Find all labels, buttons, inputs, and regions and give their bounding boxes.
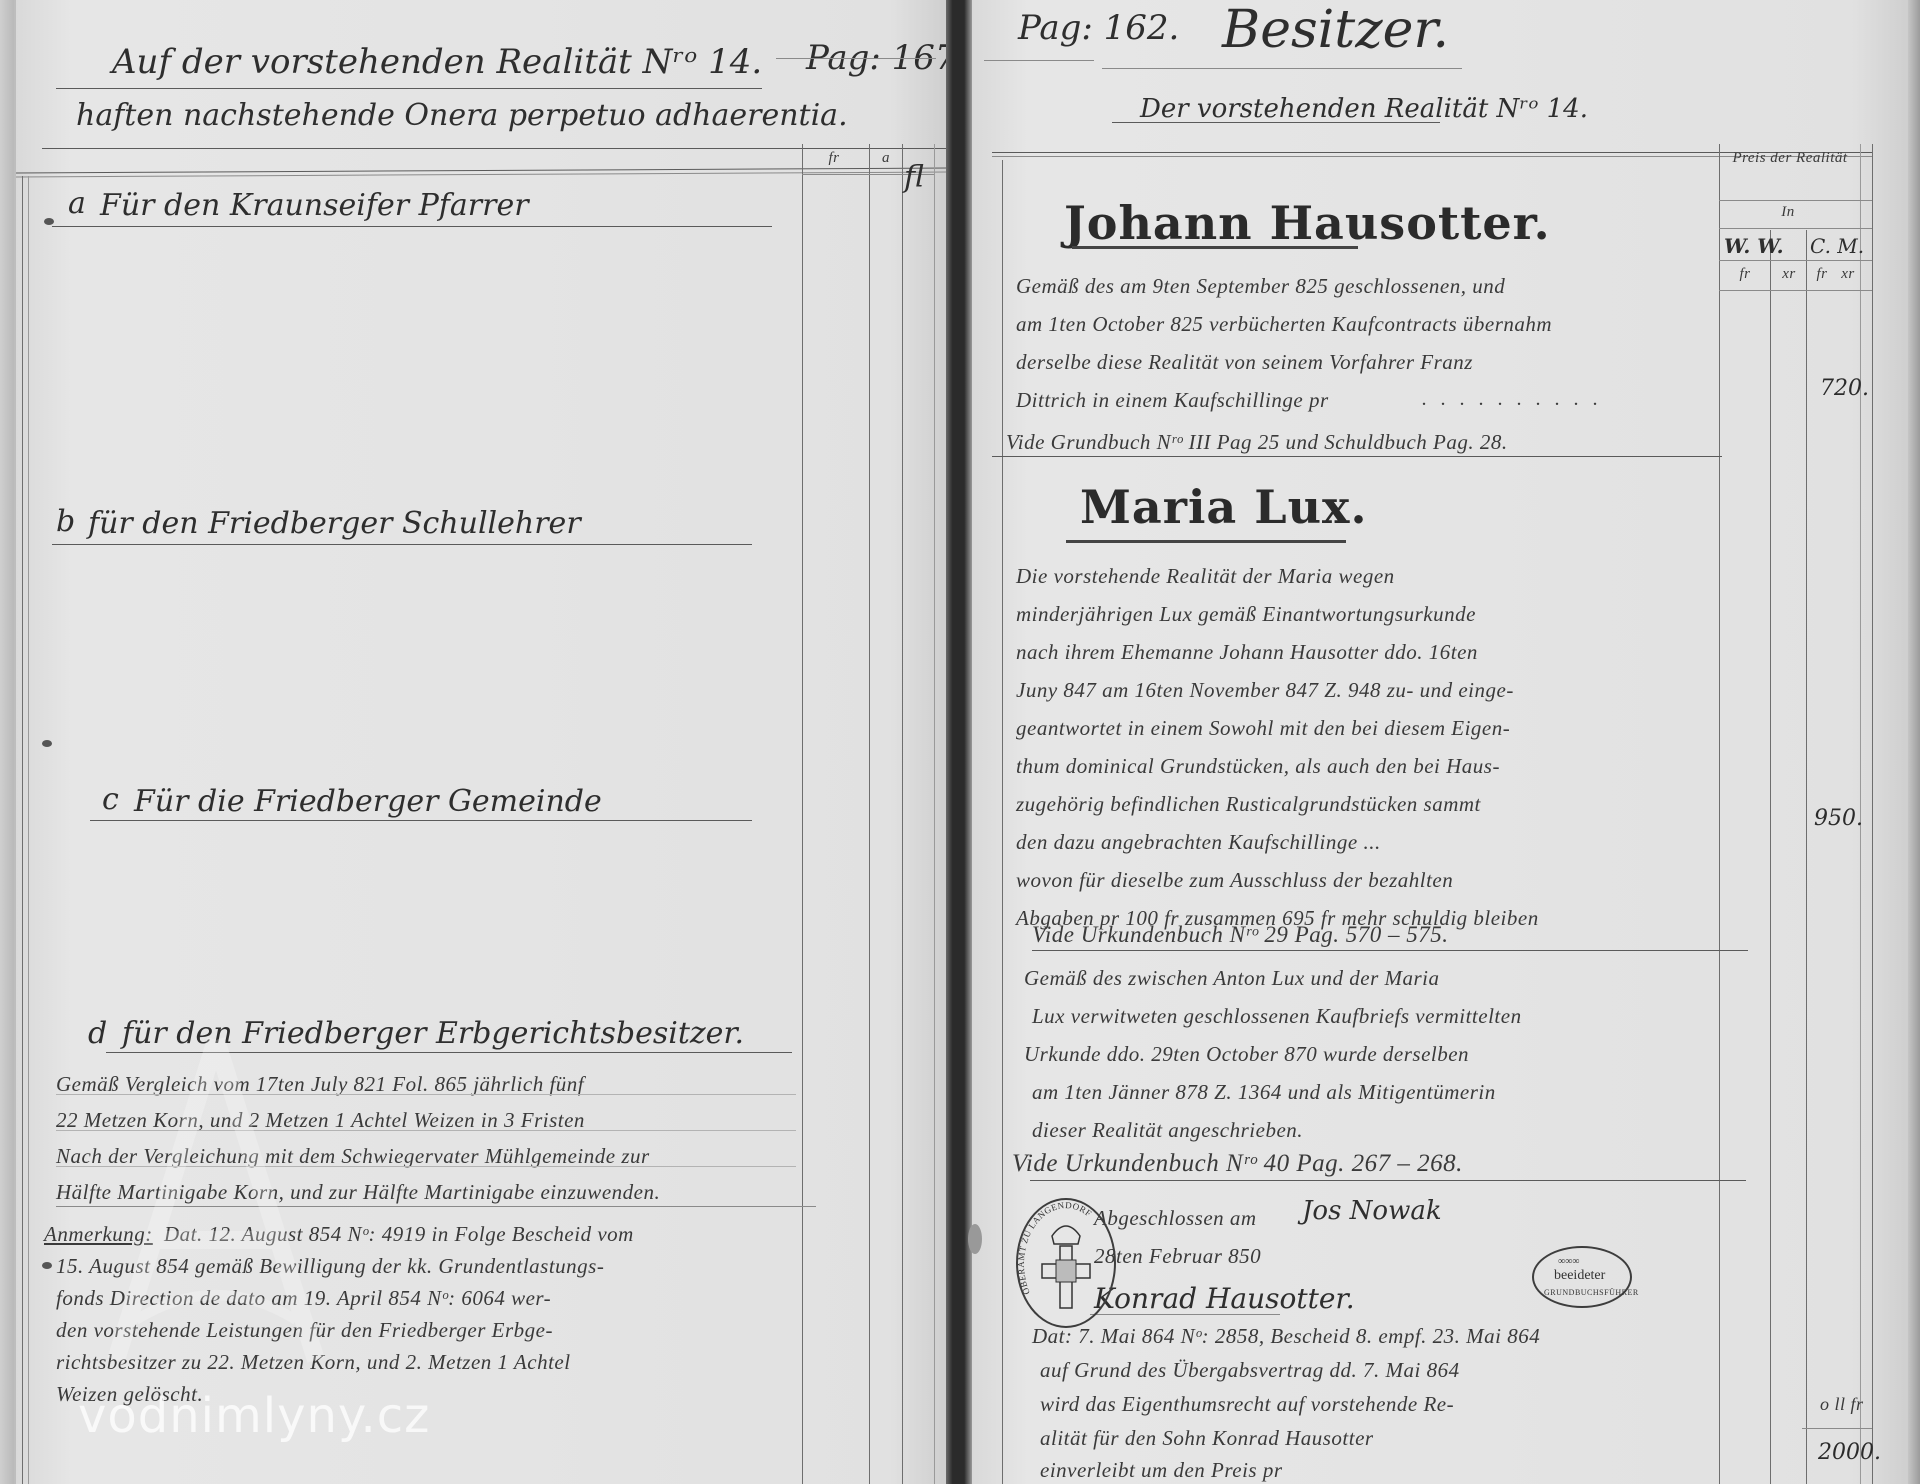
col-divider-1	[802, 144, 803, 1484]
owner-underline	[1090, 1314, 1280, 1315]
entry2-line-8: den dazu angebrachten Kaufschillinge ...	[1016, 830, 1381, 855]
closing-line-1: Abgeschlossen am	[1094, 1206, 1257, 1231]
page-ref-line	[984, 60, 1094, 61]
right-title: Besitzer.	[1222, 0, 1449, 60]
section-b-underline	[52, 544, 752, 545]
owner-underline	[1066, 540, 1346, 543]
owner-underline	[1072, 246, 1358, 249]
col-header-cm: C. M.	[1810, 234, 1864, 258]
col-label-a: a	[874, 150, 898, 167]
entry2-line-3: nach ihrem Ehemanne Johann Hausotter ddo…	[1016, 640, 1478, 665]
entry1-reference: Vide Grundbuch Nʳᵒ III Pag 25 und Schuld…	[1006, 430, 1508, 455]
stamp-line-1: beeideter	[1554, 1268, 1605, 1284]
unit-xr-1: xr	[1774, 266, 1804, 283]
previous-page-edge	[0, 0, 14, 1484]
col-sub-label: In	[1758, 204, 1818, 221]
entry2-line-4: Juny 847 am 16ten November 847 Z. 948 zu…	[1016, 678, 1514, 703]
unit-xr-2: xr	[1836, 266, 1860, 283]
transfer-line-5: dieser Realität angeschrieben.	[1032, 1118, 1303, 1143]
book-gutter	[946, 0, 972, 1484]
subtitle-underline	[1112, 122, 1440, 123]
section-b-title: für den Friedberger Schullehrer	[88, 506, 581, 541]
right-page: Pag: 162. Besitzer. Der vorstehenden Rea…	[972, 0, 1908, 1484]
entry2-line-1: Die vorstehende Realität der Maria wegen	[1016, 564, 1395, 589]
entry2-amount: 950.	[1814, 806, 1863, 831]
final-line-4: alität für den Sohn Konrad Hausotter	[1040, 1426, 1374, 1451]
col-divider-2	[869, 144, 870, 1484]
entry1-amount: 720.	[1820, 376, 1869, 401]
page-clip-mark	[968, 1224, 982, 1254]
section-b-letter: b	[56, 504, 75, 539]
entry2-line-7: zugehörig befindlichen Rusticalgrundstüc…	[1016, 792, 1481, 817]
transfer-line-3: Urkunde ddo. 29ten October 870 wurde der…	[1024, 1042, 1469, 1067]
col-divider-4	[934, 144, 935, 1484]
leader-dots: ..........	[1422, 388, 1612, 411]
left-margin-rule-2	[28, 176, 29, 1484]
col-label-fr: fr	[814, 150, 854, 167]
col-group-label: Preis der Realität	[1724, 150, 1856, 167]
punch-hole	[42, 1262, 52, 1269]
left-header-line2: haften nachstehende Onera perpetuo adhae…	[76, 98, 848, 133]
title-underline	[1102, 68, 1462, 69]
section-a-title: Für den Kraunseifer Pfarrer	[100, 188, 529, 223]
next-page-edge	[1908, 0, 1920, 1484]
transfer-line-4: am 1ten Jänner 878 Z. 1364 und als Mitig…	[1032, 1080, 1496, 1105]
watermark-text: vodnimlyny.cz	[78, 1388, 430, 1444]
col-header-rule	[1719, 260, 1872, 261]
section-c-letter: c	[102, 782, 119, 817]
header-underline-2	[42, 148, 968, 149]
entry2-line-5: geantwortet in einem Sowohl mit den bei …	[1016, 716, 1510, 741]
left-page: Auf der vorstehenden Realität Nʳᵒ 14. Pa…	[14, 0, 946, 1484]
owner-name-2: Maria Lux.	[1080, 480, 1367, 534]
page-ref-line	[776, 58, 936, 59]
entry2-reference: Vide Urkundenbuch Nʳᵒ 29 Pag. 570 – 575.	[1032, 922, 1448, 948]
watermark-logo-icon	[76, 1020, 356, 1380]
signature: Jos Nowak	[1302, 1196, 1442, 1226]
final-amount: 2000.	[1818, 1440, 1881, 1465]
amount-rule	[1802, 1428, 1872, 1429]
transfer-line-2: Lux verwitweten geschlossenen Kaufbriefs…	[1032, 1004, 1522, 1029]
entry1-line-3: derselbe diese Realität von seinem Vorfa…	[1016, 350, 1473, 375]
col-divider-2	[1770, 230, 1771, 1484]
final-line-3: wird das Eigenthumsrecht auf vorstehende…	[1040, 1392, 1454, 1417]
col-header-rule	[1719, 200, 1872, 201]
reference-underline	[992, 456, 1722, 457]
punch-hole	[42, 740, 52, 747]
final-line-2: auf Grund des Übergabsvertrag dd. 7. Mai…	[1040, 1358, 1460, 1383]
col-header-rule	[1719, 290, 1872, 291]
right-page-ref: Pag: 162.	[1018, 8, 1179, 48]
col-divider-1	[1719, 144, 1720, 1484]
section-a-underline	[52, 226, 772, 227]
col-header-rule	[1719, 228, 1872, 229]
left-header-line1: Auf der vorstehenden Realität Nʳᵒ 14.	[112, 42, 762, 82]
col-divider-3	[1806, 230, 1807, 1484]
col-divider-3	[902, 144, 903, 1484]
owner-name-1: Johann Hausotter.	[1064, 196, 1551, 250]
next-owner-name: Konrad Hausotter.	[1094, 1282, 1355, 1315]
stamp-ornament: ∞∞∞	[1558, 1256, 1579, 1267]
entry2-line-9: wovon für dieselbe zum Ausschluss der be…	[1016, 868, 1453, 893]
section-a-letter: a	[68, 186, 86, 221]
right-subtitle: Der vorstehenden Realität Nʳᵒ 14.	[1140, 94, 1588, 124]
col-label-fl: fl	[904, 160, 924, 195]
svg-text:OBERAMT ZU LANGENDORF: OBERAMT ZU LANGENDORF	[1016, 1200, 1094, 1296]
closing-line-2: 28ten Februar 850	[1094, 1244, 1261, 1269]
entry1-line-4: Dittrich in einem Kaufschillinge pr	[1016, 388, 1329, 413]
section-c-title: Für die Friedberger Gemeinde	[134, 784, 602, 819]
seal-text-arc: OBERAMT ZU LANGENDORF	[1016, 1198, 1116, 1328]
entry2-line-2: minderjährigen Lux gemäß Einantwortungsu…	[1016, 602, 1476, 627]
final-amount-top: o ll fr	[1820, 1394, 1864, 1415]
entry1-line-2: am 1ten October 825 verbücherten Kaufcon…	[1016, 312, 1552, 337]
left-margin-rule	[1002, 160, 1003, 1484]
final-line-5: einverleibt um den Preis pr	[1040, 1458, 1283, 1483]
punch-hole	[44, 218, 54, 225]
reference-underline	[1032, 950, 1748, 951]
reference-underline	[1030, 1180, 1746, 1181]
left-margin-rule	[22, 176, 23, 1484]
entry1-line-1: Gemäß des am 9ten September 825 geschlos…	[1016, 274, 1505, 299]
col-divider-5	[1872, 144, 1873, 1484]
stamp-line-2: GRUNDBUCHSFÜHRER	[1544, 1288, 1639, 1297]
unit-fr-2: fr	[1810, 266, 1834, 283]
transfer-line-1: Gemäß des zwischen Anton Lux und der Mar…	[1024, 966, 1440, 991]
section-c-underline	[90, 820, 752, 821]
col-header-ww: W. W.	[1724, 234, 1784, 258]
document-spread: Auf der vorstehenden Realität Nʳᵒ 14. Pa…	[0, 0, 1920, 1484]
header-underline	[56, 88, 762, 89]
transfer-reference: Vide Urkundenbuch Nʳᵒ 40 Pag. 267 – 268.	[1012, 1150, 1463, 1178]
entry2-line-6: thum dominical Grundstücken, als auch de…	[1016, 754, 1500, 779]
unit-fr-1: fr	[1730, 266, 1760, 283]
